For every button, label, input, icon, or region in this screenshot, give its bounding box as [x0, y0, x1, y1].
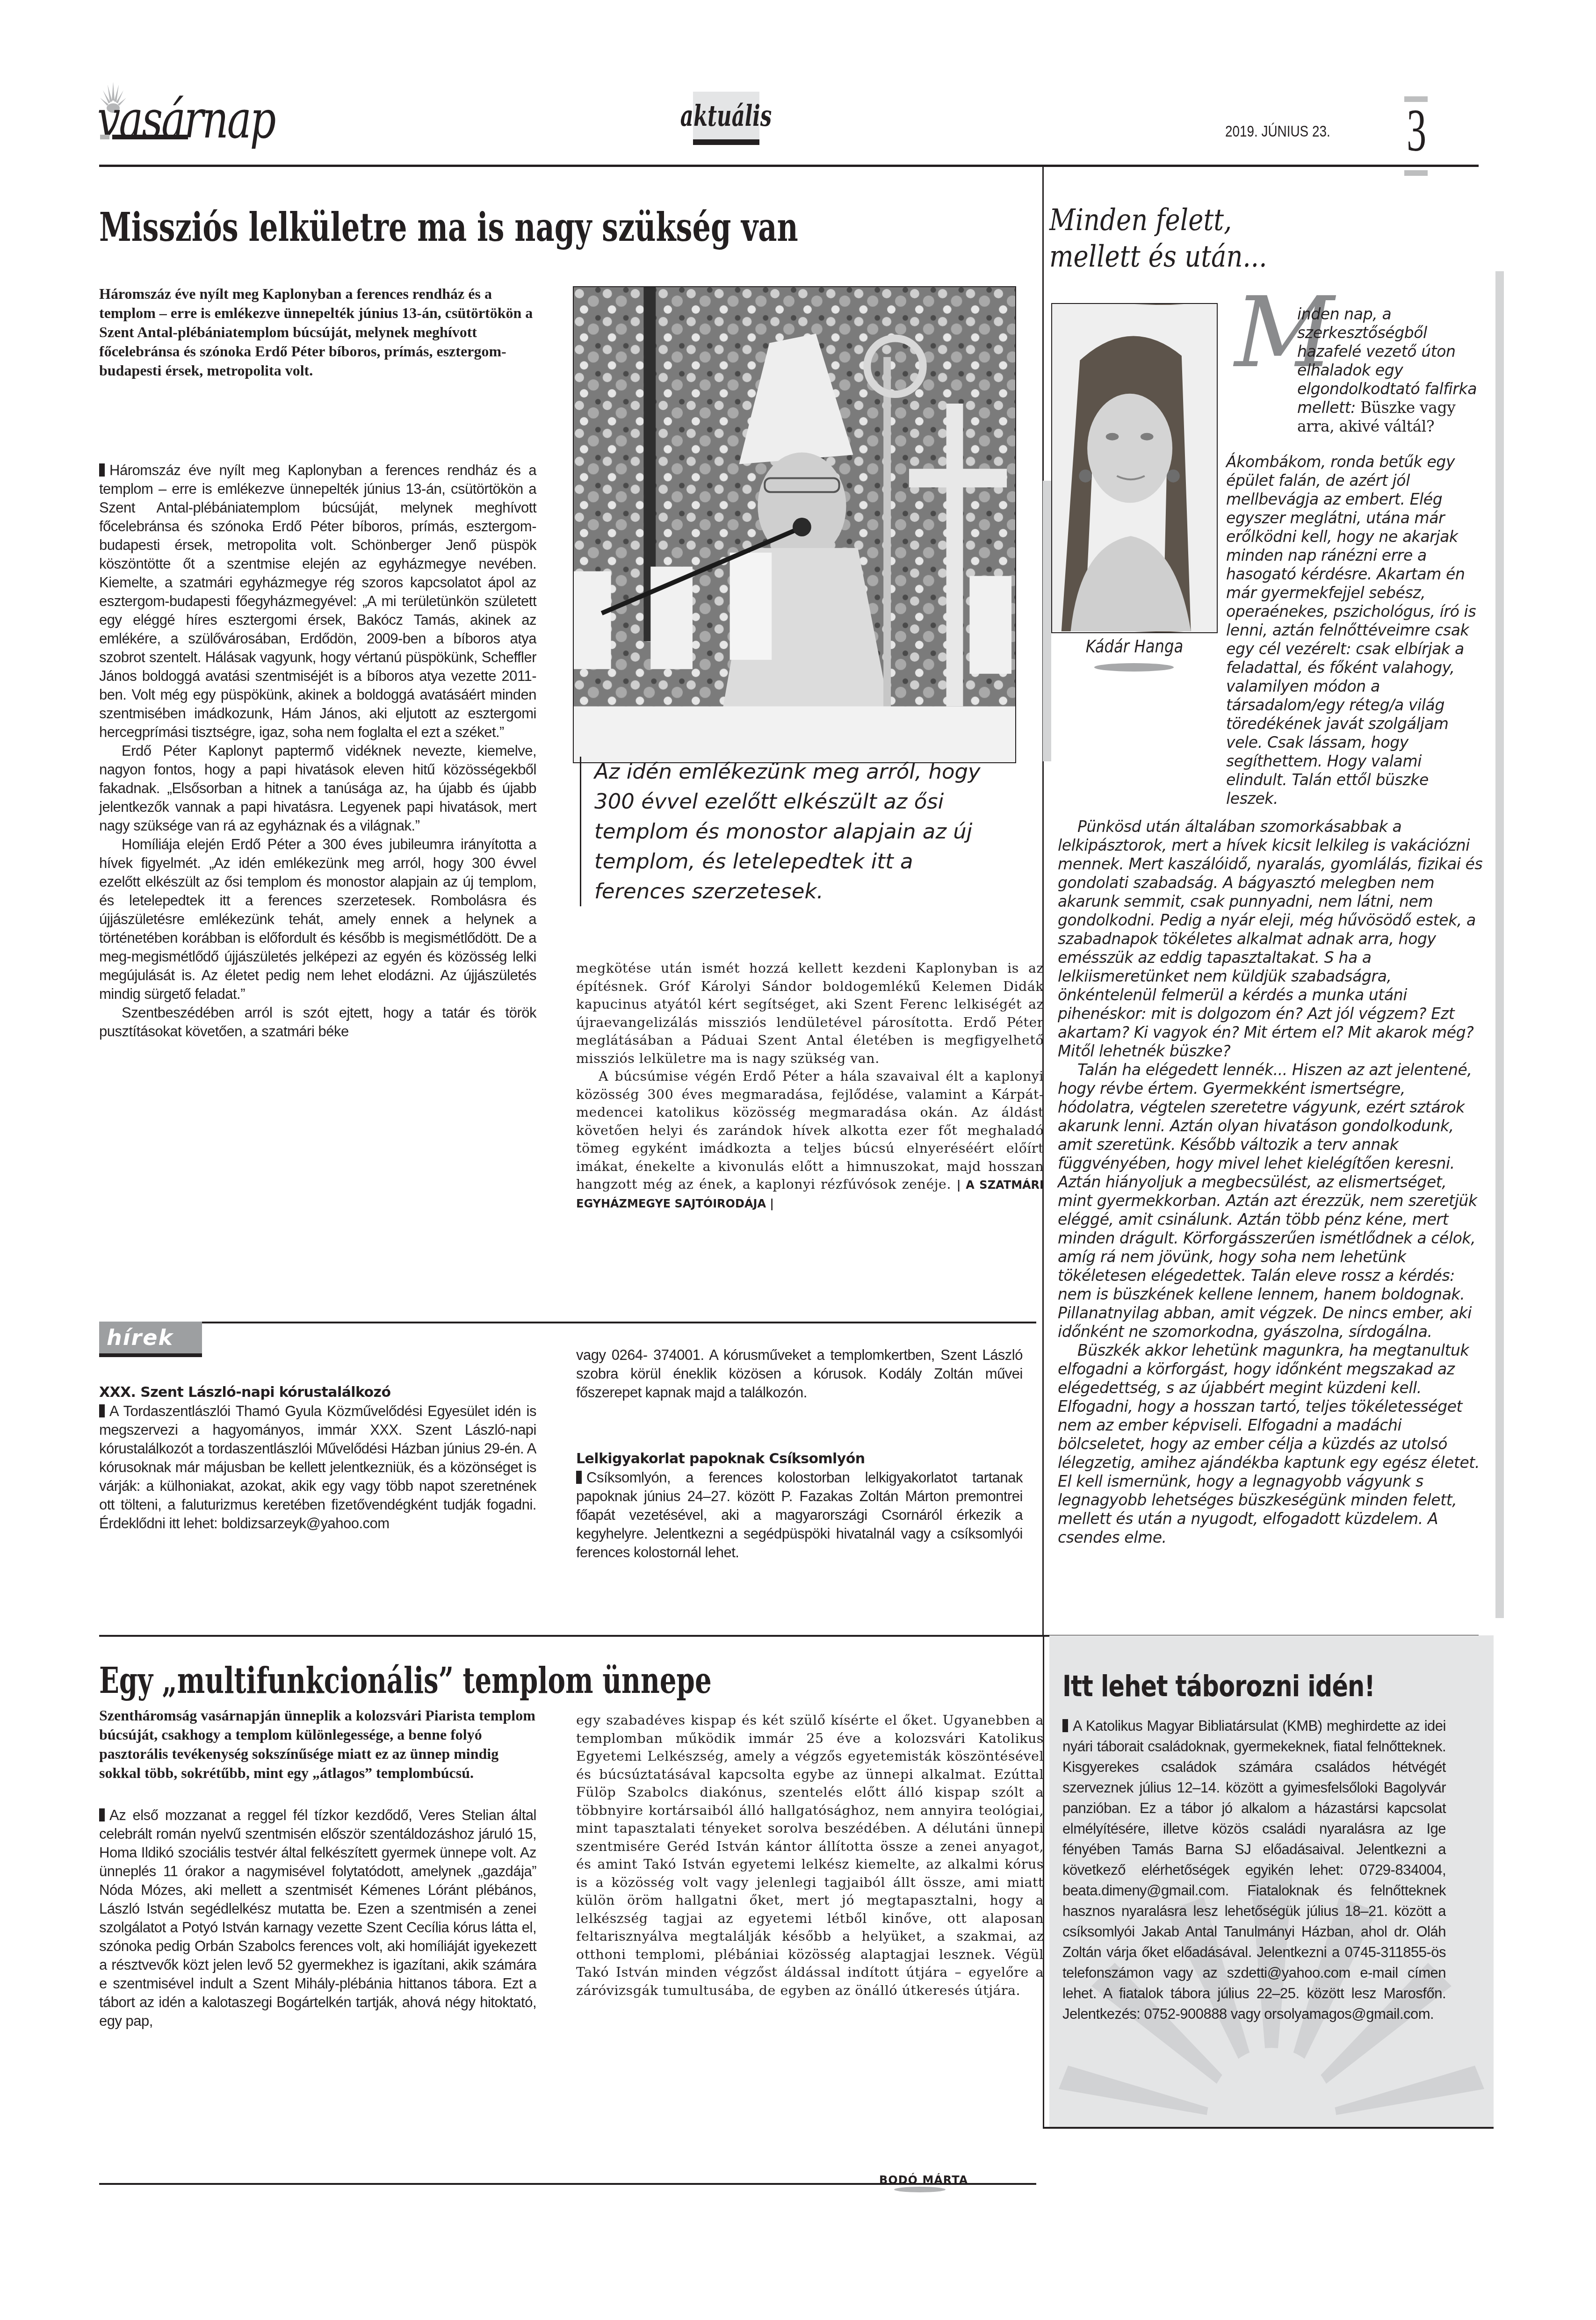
caption-ornament [1094, 663, 1174, 672]
page-number-bar-bottom [1404, 170, 1428, 176]
right-column-divider [1042, 166, 1044, 1635]
news-item-text-continued: vagy 0264- 374001. A kórusműveket a temp… [576, 1346, 1023, 1402]
logo-underline-accent [100, 135, 109, 139]
paragraph: Homíliája elején Erdő Péter a 300 éves j… [99, 835, 536, 1004]
paragraph: Szentbeszédében arról is szót ejtett, ho… [99, 1004, 536, 1041]
photo-cardinal-at-altar-icon [574, 287, 1015, 762]
issue-date: 2019. JÚNIUS 23. [1225, 123, 1330, 141]
column-text-right: Ákombákom, ronda betűk egy épület falán,… [1226, 453, 1484, 808]
paragraph-marker-icon [99, 1404, 105, 1417]
author-name: Kádár Hanga [1064, 636, 1206, 657]
second-headline: Egy „multifunkcionális” templom ünnepe [99, 1661, 712, 1700]
second-article-col2: egy szabadéves kispap és két szülő kísér… [576, 1712, 1044, 2000]
section-label: aktuális [680, 99, 772, 133]
paragraph-marker-icon [1062, 1719, 1068, 1732]
main-article-col1: Háromszáz éve nyílt meg Kaplonyban a fer… [99, 461, 536, 1041]
column-intro: inden nap, a szerkesztőségből hazafelé v… [1297, 305, 1484, 436]
column-body: Pünkösd után általában szomorkásabbak a … [1058, 817, 1484, 1547]
news-top-rule [99, 1322, 1036, 1323]
paragraph: Erdő Péter Kaplonyt paptermő vidéknek ne… [99, 742, 536, 835]
paragraph: Talán ha elégedett lennék... Hiszen az a… [1058, 1061, 1484, 1341]
camp-box-left-rule [1043, 1635, 1044, 2129]
news-section-tab: hírek [99, 1322, 202, 1357]
news-item-title: Lelkigyakorlat papoknak Csíksomlyón [576, 1450, 1023, 1468]
news-item-continued: vagy 0264- 374001. A kórusműveket a temp… [576, 1346, 1023, 1402]
bottom-rule [99, 2183, 1036, 2185]
paragraph: A búcsúmise végén Erdő Péter a hála szav… [576, 1068, 1044, 1213]
second-article-col1: Az első mozzanat a reggel fél tízkor kez… [99, 1806, 536, 2031]
camp-info-box: Itt lehet táborozni idén! A Katolikus Ma… [1049, 1635, 1494, 2127]
paragraph: megkötése után ismét hozzá kellett kezde… [576, 960, 1044, 1068]
news-item-title: XXX. Szent László-napi kórustalálkozó [99, 1383, 536, 1402]
second-lead: Szentháromság vasárnapján ünneplik a kol… [99, 1706, 536, 1783]
paragraph: Büszkék akkor lehetünk magunkra, ha megt… [1058, 1341, 1484, 1547]
author-portrait [1051, 303, 1218, 633]
author-photo-icon [1052, 304, 1217, 632]
top-rule [99, 165, 1479, 167]
main-headline: Missziós lelkületre ma is nagy szükség v… [99, 206, 798, 249]
camp-box-text: A Katolikus Magyar Bibliatársulat (KMB) … [1062, 1716, 1446, 2024]
article-photo [573, 286, 1016, 763]
page-number: 3 [1407, 100, 1426, 161]
camp-box-title: Itt lehet táborozni idén! [1062, 1669, 1375, 1703]
column-title: Minden felett, mellett és után... [1049, 202, 1267, 275]
byline-ornament [894, 2187, 946, 2192]
news-item-text: A Tordaszentlászlói Thamó Gyula Közművel… [99, 1402, 536, 1533]
column-rail-left [1043, 481, 1051, 761]
news-item: XXX. Szent László-napi kórustalálkozó A … [99, 1383, 536, 1533]
paragraph-marker-icon [576, 1471, 582, 1484]
paragraph: Háromszáz éve nyílt meg Kaplonyban a fer… [99, 461, 536, 742]
logo-underline [112, 135, 188, 139]
main-article-col2: megkötése után ismét hozzá kellett kezde… [576, 960, 1044, 1213]
paragraph: Pünkösd után általában szomorkásabbak a … [1058, 817, 1484, 1061]
section-tab: aktuális [693, 92, 759, 145]
pull-quote: Az idén emlékezünk meg arról, hogy 300 é… [580, 757, 1010, 906]
column-rail [1495, 271, 1504, 1618]
camp-box-bottom-rule [1043, 2127, 1494, 2129]
paragraph-marker-icon [99, 463, 105, 477]
news-item-text: Csíksomlyón, a ferences kolostorban lelk… [576, 1468, 1023, 1562]
news-section-label: hírek [107, 1325, 173, 1350]
paragraph-marker-icon [99, 1808, 105, 1821]
main-lead: Háromszáz éve nyílt meg Kaplonyban a fer… [99, 284, 534, 380]
news-item: Lelkigyakorlat papoknak Csíksomlyón Csík… [576, 1450, 1023, 1562]
